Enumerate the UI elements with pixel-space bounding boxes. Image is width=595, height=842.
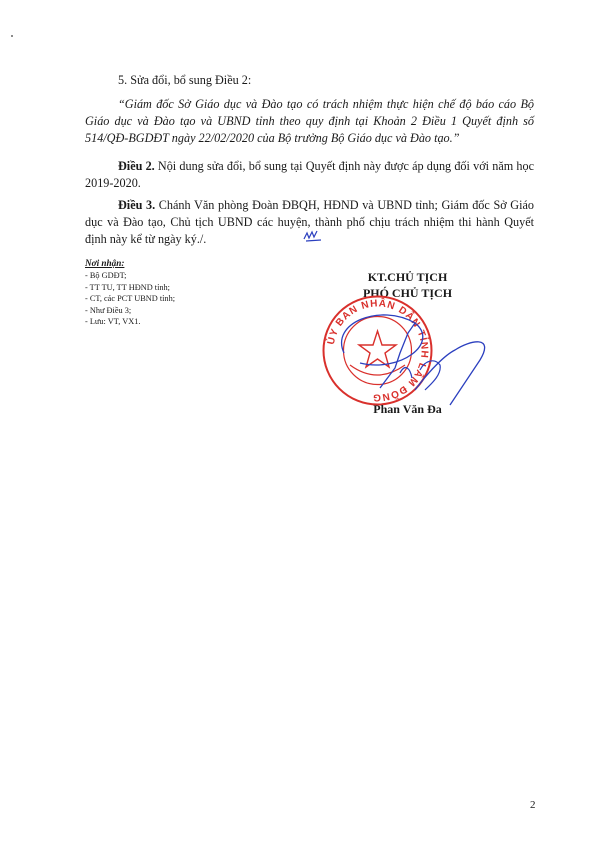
recipients-block: Nơi nhận: - Bộ GDĐT; - TT TU, TT HĐND tỉ… [85, 258, 175, 327]
signature-title-1: KT.CHỦ TỊCH [310, 270, 505, 285]
article-2: Điều 2. Nội dung sửa đổi, bổ sung tại Qu… [85, 158, 534, 192]
signer-name: Phan Văn Đa [310, 402, 505, 417]
scan-speck [11, 35, 13, 37]
initial-mark-icon [303, 229, 323, 243]
handwritten-signature-icon [410, 330, 500, 410]
recipients-title: Nơi nhận: [85, 258, 175, 269]
section-5-quote: “Giám đốc Sở Giáo dục và Đào tạo có trác… [85, 96, 534, 148]
recipient-item: - Như Điều 3; [85, 305, 175, 316]
article-3-label: Điều 3. [118, 198, 155, 212]
recipient-item: - TT TU, TT HĐND tỉnh; [85, 282, 175, 293]
article-2-label: Điều 2. [118, 159, 155, 173]
page-number: 2 [530, 799, 536, 811]
recipient-item: - CT, các PCT UBND tỉnh; [85, 293, 175, 304]
recipient-item: - Lưu: VT, VX1. [85, 316, 175, 327]
section-5-heading: 5. Sửa đổi, bổ sung Điều 2: [85, 72, 534, 89]
recipient-item: - Bộ GDĐT; [85, 270, 175, 281]
